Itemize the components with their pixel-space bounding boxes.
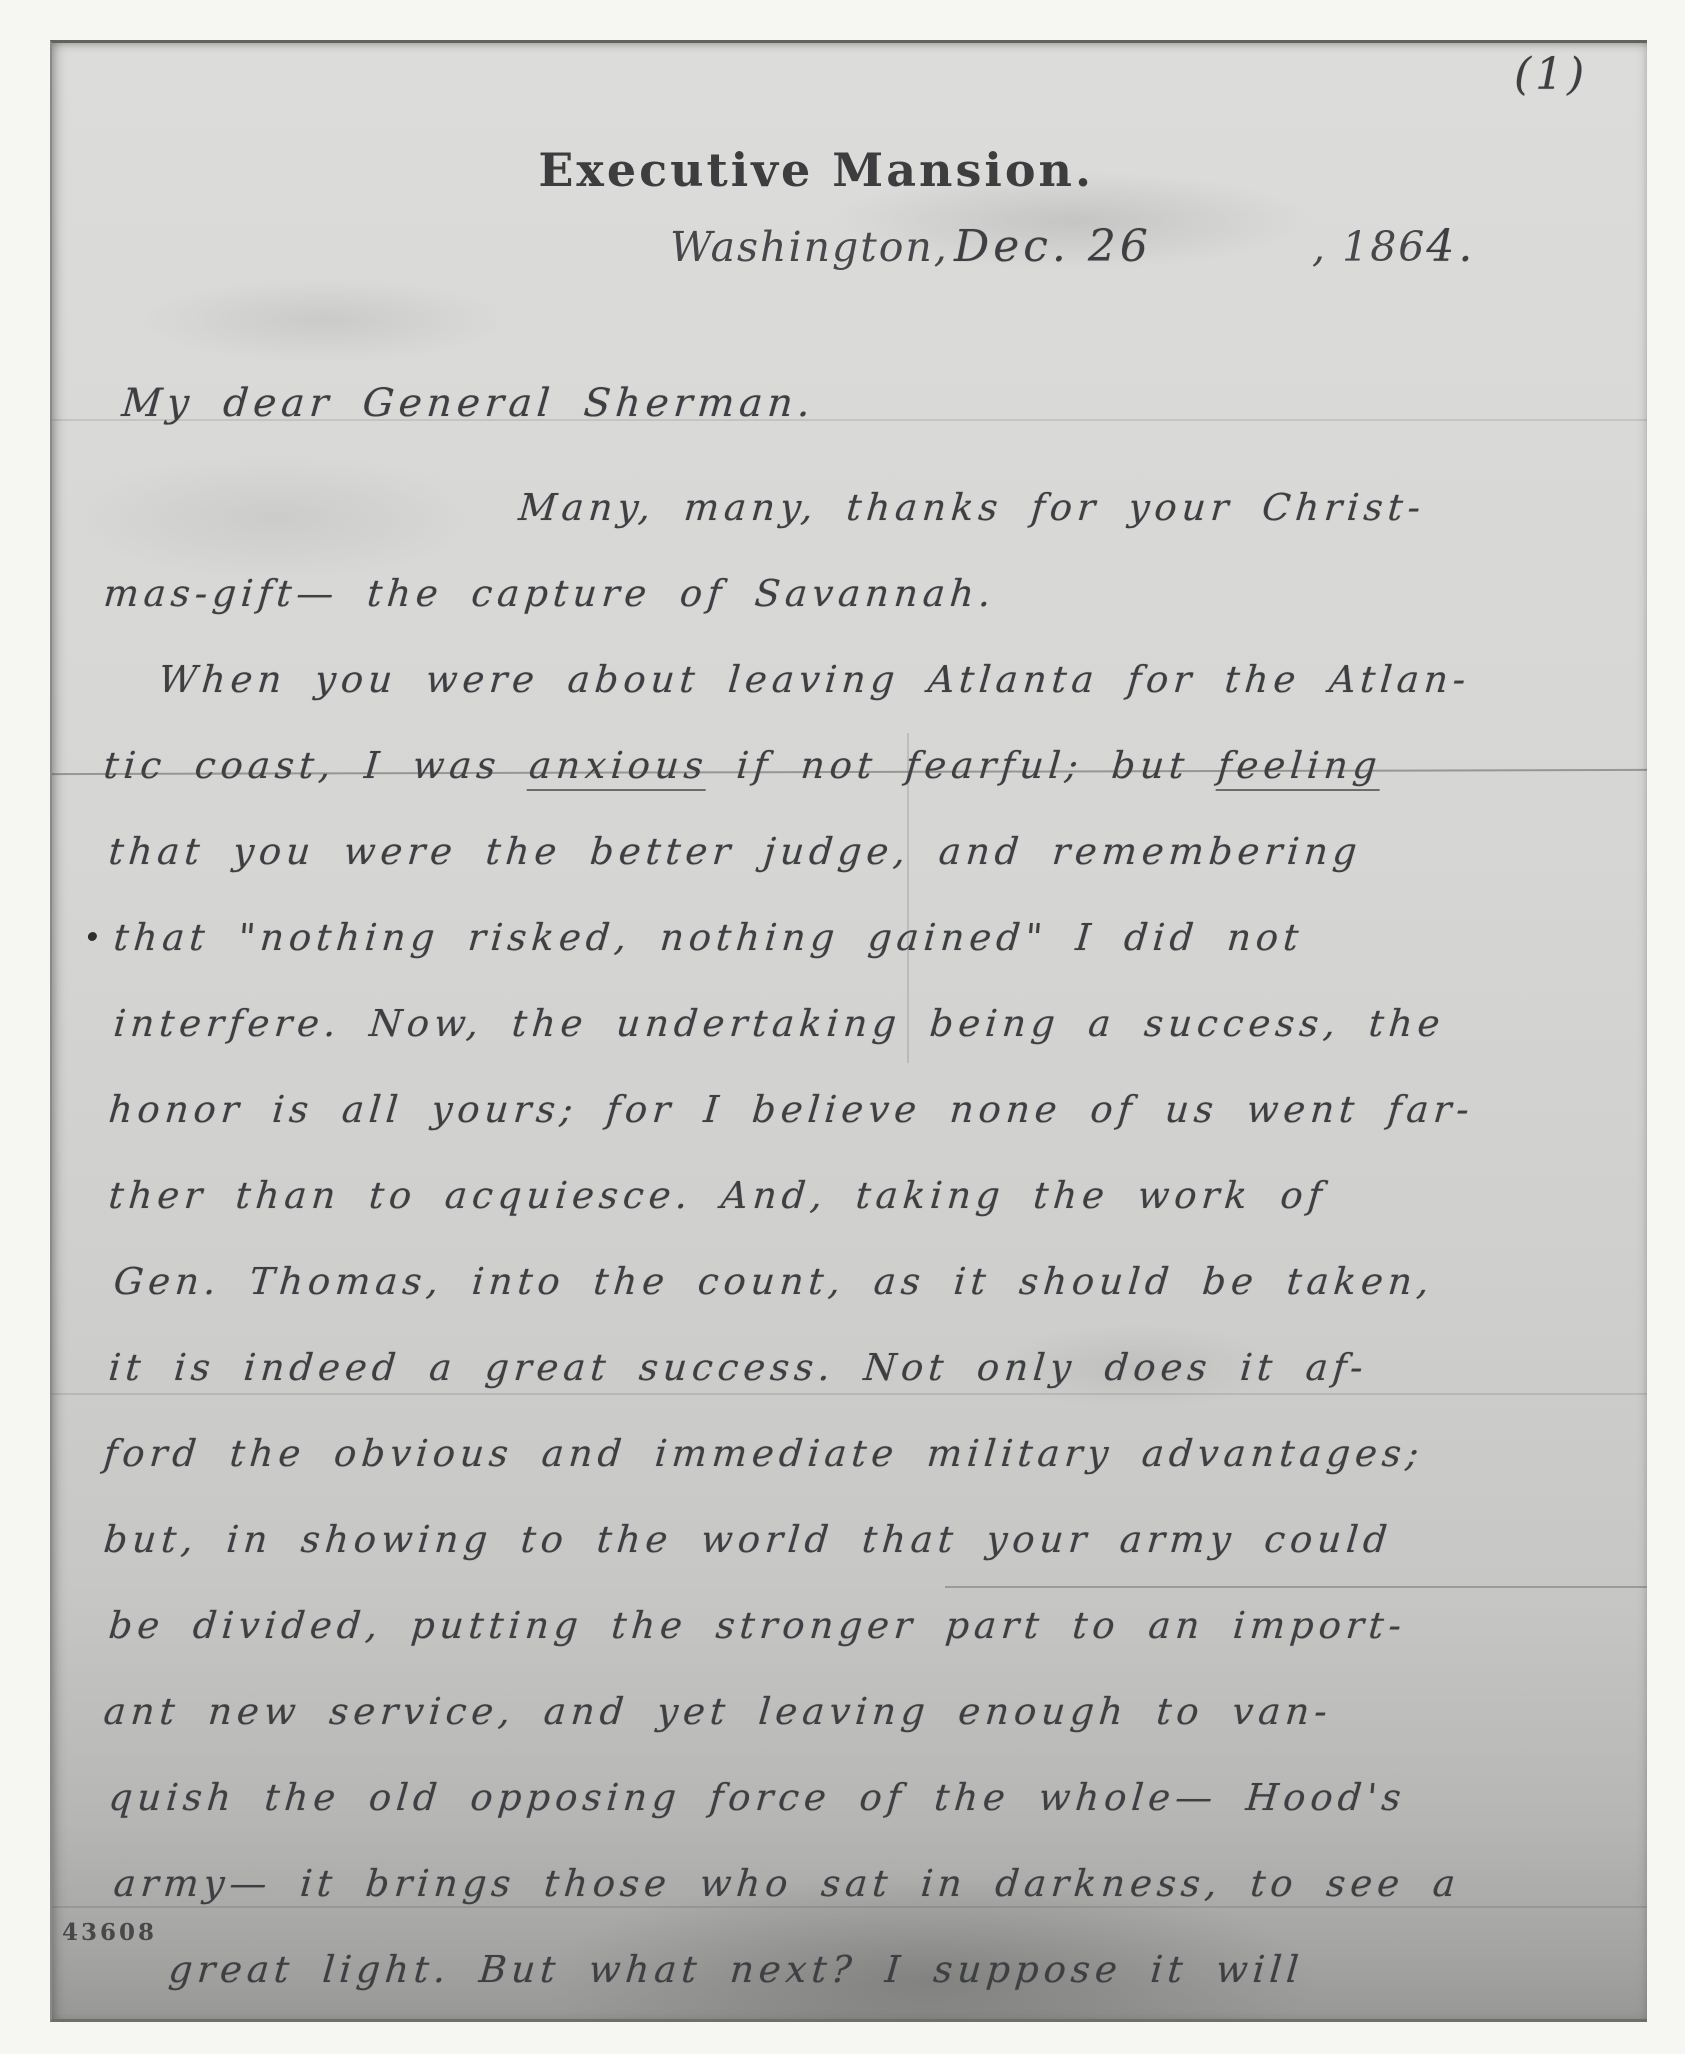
date-year-digit: 4. — [1426, 221, 1476, 272]
line-text: if not fearful; but — [706, 744, 1220, 787]
archive-number: 43608 — [62, 1919, 157, 1946]
line-text: tic coast, I was — [102, 744, 531, 787]
line-text: honor is all yours; for I believe none o… — [107, 1088, 1476, 1131]
line-text: Gen. Thomas, into the count, as it shoul… — [112, 1260, 1436, 1303]
line-text: Many, many, thanks for your Christ- — [517, 486, 1427, 529]
page-number: (1) — [1514, 49, 1588, 100]
line-text: mas-gift— the capture of Savannah. — [102, 572, 998, 615]
letter-line: be divided, putting the stronger part to… — [105, 1583, 1635, 1669]
line-text: quish the old opposing force of the whol… — [107, 1776, 1408, 1819]
line-text: that you were the better judge, and reme… — [107, 830, 1364, 873]
letter-line: but, in showing to the world that your a… — [100, 1497, 1635, 1583]
letter-line: great light. But what next? I suppose it… — [165, 1927, 1635, 2013]
ruled-line — [945, 1586, 1647, 1588]
date-day-handwritten: Dec. 26 — [954, 221, 1152, 272]
line-text: be divided, putting the stronger part to… — [107, 1604, 1408, 1647]
letter-line: honor is all yours; for I believe none o… — [105, 1067, 1635, 1153]
line-text: ant new service, and yet leaving enough … — [102, 1690, 1334, 1733]
letter-line: it is indeed a great success. Not only d… — [105, 1325, 1635, 1411]
date-year-printed: , 186 — [1312, 223, 1426, 271]
letter-line: mas-gift— the capture of Savannah. — [100, 551, 1635, 637]
crease-line — [907, 733, 909, 1063]
line-text: ther than to acquiesce. And, taking the … — [107, 1174, 1329, 1217]
letter-line: ther than to acquiesce. And, taking the … — [105, 1153, 1635, 1239]
letter-line: that "nothing risked, nothing gained" I … — [110, 895, 1635, 981]
letter-line: ford the obvious and immediate military … — [100, 1411, 1635, 1497]
letterhead-title: Executive Mansion. — [538, 143, 1094, 197]
ruled-line — [52, 419, 1647, 421]
line-text: it is indeed a great success. Not only d… — [107, 1346, 1370, 1389]
letterhead-place: Washington, — [670, 223, 949, 271]
letter-line: quish the old opposing force of the whol… — [105, 1755, 1635, 1841]
ruled-line — [52, 1393, 1647, 1395]
line-text: but, in showing to the world that your a… — [102, 1518, 1394, 1561]
line-text: When you were about leaving Atlanta for … — [157, 658, 1472, 701]
letter-line: that you were the better judge, and reme… — [105, 809, 1635, 895]
ink-dot — [87, 932, 97, 941]
letter-line: Many, many, thanks for your Christ- — [515, 465, 1635, 551]
letter-line: army— it brings those who sat in darknes… — [110, 1841, 1635, 1927]
letter-line: When you were about leaving Atlanta for … — [155, 637, 1635, 723]
letter-line: Gen. Thomas, into the count, as it shoul… — [110, 1239, 1635, 1325]
underlined-word: feeling — [1216, 744, 1384, 791]
letter-line: ant new service, and yet leaving enough … — [100, 1669, 1635, 1755]
line-text: army— it brings those who sat in darknes… — [112, 1862, 1462, 1905]
line-text: interfere. Now, the undertaking being a … — [112, 1002, 1447, 1045]
line-text: great light. But what next? I suppose it… — [167, 1948, 1305, 1991]
line-text: that "nothing risked, nothing gained" I … — [112, 916, 1305, 959]
letter-line: tic coast, I was anxious if not fearful;… — [100, 723, 1635, 809]
ruled-line — [52, 1906, 1647, 1908]
letter-line: interfere. Now, the undertaking being a … — [110, 981, 1635, 1067]
date-line: Washington, Dec. 26 , 1864. — [670, 221, 1476, 272]
underlined-word: anxious — [527, 744, 710, 791]
letter-page: (1) Executive Mansion. Washington, Dec. … — [50, 40, 1647, 2022]
letter-body: Many, many, thanks for your Christ-mas-g… — [100, 465, 1627, 2013]
line-text: ford the obvious and immediate military … — [102, 1432, 1425, 1475]
